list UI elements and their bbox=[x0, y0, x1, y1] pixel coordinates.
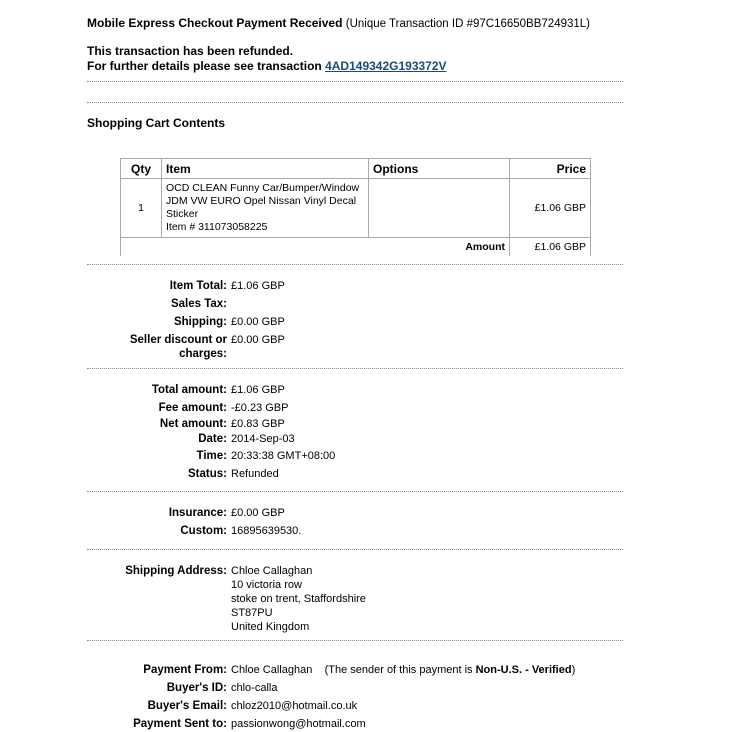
buyer-email-row: Buyer's Email: chloz2010@hotmail.co.uk bbox=[87, 699, 627, 717]
insurance-label: Insurance: bbox=[87, 506, 231, 524]
item-title-line: JDM VW EURO Opel Nissan Vinyl Decal bbox=[166, 195, 364, 208]
status-row: Status: Refunded bbox=[87, 467, 627, 481]
payment-sent-to-label: Payment Sent to: bbox=[87, 717, 231, 731]
col-qty: Qty bbox=[121, 159, 162, 179]
insurance-row: Insurance: £0.00 GBP bbox=[87, 506, 627, 524]
sales-tax-label: Sales Tax: bbox=[87, 297, 231, 315]
sales-tax-row: Sales Tax: bbox=[87, 297, 627, 315]
page-title: Mobile Express Checkout Payment Received… bbox=[87, 16, 590, 30]
summary-section: Total amount: £1.06 GBP Fee amount: -£0.… bbox=[87, 383, 627, 481]
shipping-label: Shipping: bbox=[87, 315, 231, 333]
custom-row: Custom: 16895639530. bbox=[87, 524, 627, 538]
title-text: Mobile Express Checkout Payment Received bbox=[87, 16, 342, 30]
address-country: United Kingdom bbox=[231, 620, 627, 634]
divider bbox=[87, 549, 623, 550]
table-row: 1 OCD CLEAN Funny Car/Bumper/Window JDM … bbox=[121, 179, 591, 238]
item-title-line: Sticker bbox=[166, 208, 364, 221]
address-postcode: ST87PU bbox=[231, 606, 627, 620]
sender-status-suffix: ) bbox=[572, 664, 576, 676]
total-amount-label: Total amount: bbox=[87, 383, 231, 401]
seller-discount-label: Seller discount or charges: bbox=[87, 333, 231, 361]
time-value: 20:33:38 GMT+08:00 bbox=[231, 449, 627, 467]
date-value: 2014-Sep-03 bbox=[231, 432, 627, 449]
totals-section: Item Total: £1.06 GBP Sales Tax: Shippin… bbox=[87, 279, 627, 361]
cell-item: OCD CLEAN Funny Car/Bumper/Window JDM VW… bbox=[162, 179, 369, 238]
fee-amount-value: -£0.23 GBP bbox=[231, 401, 627, 417]
address-city: stoke on trent, Staffordshire bbox=[231, 592, 627, 606]
status-label: Status: bbox=[87, 467, 231, 481]
net-amount-row: Net amount: £0.83 GBP bbox=[87, 417, 627, 432]
col-options: Options bbox=[369, 159, 510, 179]
refund-details: For further details please see transacti… bbox=[87, 59, 447, 74]
payment-sent-to-row: Payment Sent to: passionwong@hotmail.com bbox=[87, 717, 627, 731]
payer-name: Chloe Callaghan bbox=[231, 664, 312, 676]
refund-status-text: This transaction has been refunded. bbox=[87, 44, 447, 59]
divider bbox=[87, 491, 623, 492]
payment-from-row: Payment From: Chloe Callaghan (The sende… bbox=[87, 663, 627, 681]
buyer-id-value: chlo-calla bbox=[231, 681, 627, 699]
custom-value: 16895639530. bbox=[231, 524, 627, 538]
divider bbox=[87, 640, 623, 641]
insurance-value: £0.00 GBP bbox=[231, 506, 627, 524]
further-details-text: For further details please see transacti… bbox=[87, 59, 322, 73]
total-amount-row: Total amount: £1.06 GBP bbox=[87, 383, 627, 401]
time-label: Time: bbox=[87, 449, 231, 467]
cell-options bbox=[369, 179, 510, 238]
address-name: Chloe Callaghan bbox=[231, 564, 627, 578]
seller-discount-row: Seller discount or charges: £0.00 GBP bbox=[87, 333, 627, 361]
buyer-email-value: chloz2010@hotmail.co.uk bbox=[231, 699, 627, 717]
payment-from-label: Payment From: bbox=[87, 663, 231, 681]
payer-section: Payment From: Chloe Callaghan (The sende… bbox=[87, 663, 627, 731]
seller-discount-value: £0.00 GBP bbox=[231, 333, 627, 361]
custom-label: Custom: bbox=[87, 524, 231, 538]
shipping-value: £0.00 GBP bbox=[231, 315, 627, 333]
payment-from-value: Chloe Callaghan (The sender of this paym… bbox=[231, 663, 627, 681]
total-amount-value: £1.06 GBP bbox=[231, 383, 627, 401]
cell-qty: 1 bbox=[121, 179, 162, 238]
net-amount-label: Net amount: bbox=[87, 417, 231, 432]
date-row: Date: 2014-Sep-03 bbox=[87, 432, 627, 449]
sales-tax-value bbox=[231, 297, 627, 315]
shipping-address-label: Shipping Address: bbox=[87, 564, 231, 634]
divider bbox=[87, 81, 623, 82]
item-total-value: £1.06 GBP bbox=[231, 279, 627, 297]
col-item: Item bbox=[162, 159, 369, 179]
time-row: Time: 20:33:38 GMT+08:00 bbox=[87, 449, 627, 467]
fee-amount-label: Fee amount: bbox=[87, 401, 231, 417]
buyer-email-label: Buyer's Email: bbox=[87, 699, 231, 717]
divider bbox=[87, 264, 623, 265]
col-price: Price bbox=[510, 159, 591, 179]
item-total-label: Item Total: bbox=[87, 279, 231, 297]
payment-sent-to-value: passionwong@hotmail.com bbox=[231, 717, 627, 731]
cell-price: £1.06 GBP bbox=[510, 179, 591, 238]
divider bbox=[87, 368, 623, 369]
sender-status-prefix: (The sender of this payment is bbox=[325, 664, 473, 676]
shipping-address-value: Chloe Callaghan 10 victoria row stoke on… bbox=[231, 564, 627, 634]
status-badge: Refunded bbox=[231, 467, 627, 481]
shipping-address-section: Shipping Address: Chloe Callaghan 10 vic… bbox=[87, 564, 627, 634]
sender-status: Non-U.S. - Verified bbox=[476, 664, 572, 676]
refund-transaction-link[interactable]: 4AD149342G193372V bbox=[325, 59, 446, 73]
cart-section-title: Shopping Cart Contents bbox=[87, 116, 225, 130]
shipping-address-row: Shipping Address: Chloe Callaghan 10 vic… bbox=[87, 564, 627, 634]
address-street: 10 victoria row bbox=[231, 578, 627, 592]
cart-header-row: Qty Item Options Price bbox=[121, 159, 591, 179]
amount-value: £1.06 GBP bbox=[510, 238, 591, 257]
amount-row: Amount £1.06 GBP bbox=[121, 238, 591, 257]
date-label: Date: bbox=[87, 432, 231, 449]
item-total-row: Item Total: £1.06 GBP bbox=[87, 279, 627, 297]
shipping-row: Shipping: £0.00 GBP bbox=[87, 315, 627, 333]
net-amount-value: £0.83 GBP bbox=[231, 417, 627, 432]
transaction-id: (Unique Transaction ID #97C16650BB724931… bbox=[346, 18, 590, 30]
divider bbox=[87, 102, 623, 103]
item-number: Item # 311073058225 bbox=[166, 221, 364, 234]
item-title-line: OCD CLEAN Funny Car/Bumper/Window bbox=[166, 182, 364, 195]
extras-section: Insurance: £0.00 GBP Custom: 16895639530… bbox=[87, 506, 627, 538]
buyer-id-label: Buyer's ID: bbox=[87, 681, 231, 699]
cart-table: Qty Item Options Price 1 OCD CLEAN Funny… bbox=[120, 158, 591, 256]
buyer-id-row: Buyer's ID: chlo-calla bbox=[87, 681, 627, 699]
amount-label: Amount bbox=[121, 238, 510, 257]
refund-notice: This transaction has been refunded. For … bbox=[87, 44, 447, 74]
fee-amount-row: Fee amount: -£0.23 GBP bbox=[87, 401, 627, 417]
